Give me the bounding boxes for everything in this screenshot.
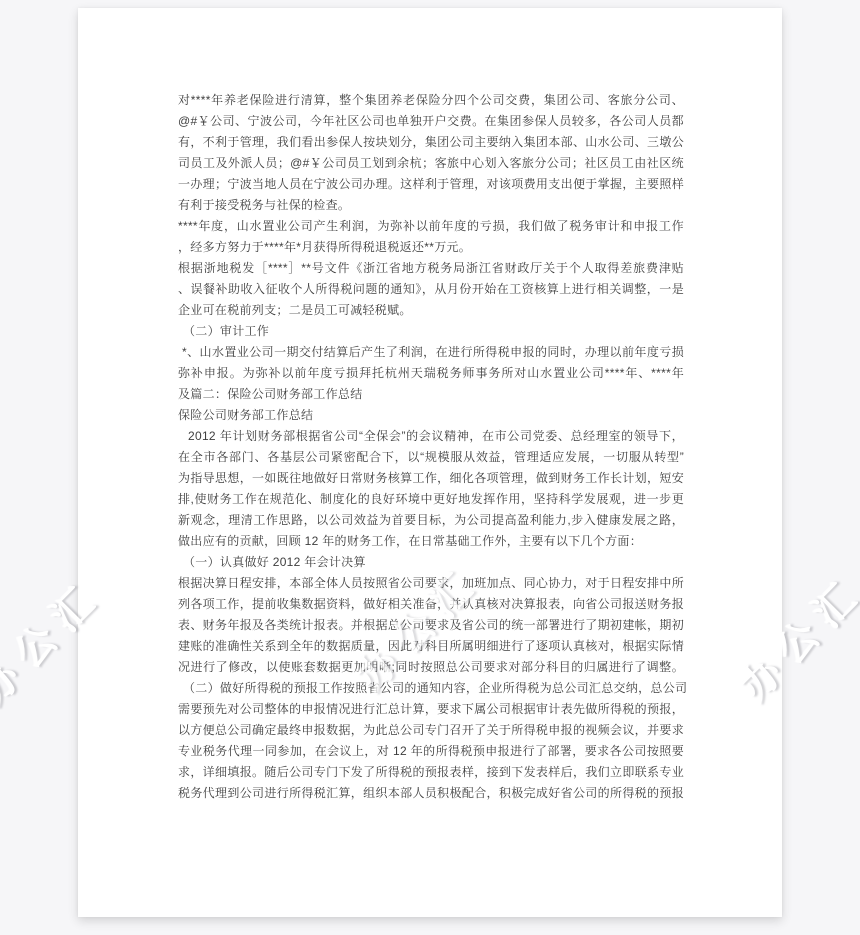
document-line: 一办理；宁波当地人员在宁波公司办理。这样利于管理，对该项费用支出便于掌握，主要照… — [178, 174, 684, 195]
document-line: 企业可在税前列支；二是员工可减轻税赋。 — [178, 300, 684, 321]
document-line: 求，详细填报。随后公司专门下发了所得税的预报表样，接到下发表样后，我们立即联系专… — [178, 762, 684, 783]
document-line: 在全市各部门、各基层公司紧密配合下，以“规模服从效益，管理适应发展，一切服从转型… — [178, 447, 684, 468]
document-line: ，经多方努力于****年*月获得所得税退税返还**万元。 — [178, 237, 684, 258]
document-page: 对****年养老保险进行清算，整个集团养老保险分四个公司交费，集团公司、客旅分公… — [78, 8, 782, 917]
document-line: 为指导思想，一如既往地做好日常财务核算工作，细化各项管理，做到财务工作长计划，短… — [178, 468, 684, 489]
document-line: @#￥公司、宁波公司，今年社区公司也单独开户交费。在集团参保人员较多，各公司人员… — [178, 111, 684, 132]
document-line: 做出应有的贡献，回顾 12 年的财务工作，在日常基础工作外，主要有以下几个方面： — [178, 531, 684, 552]
document-line: （二）审计工作 — [178, 321, 684, 342]
document-line: 税务代理到公司进行所得税汇算，组织本部人员积极配合，积极完成好省公司的所得税的预… — [178, 783, 684, 804]
document-line: 有，不利于管理，我们看出参保人按块划分，集团公司主要纳入集团本部、山水公司、三墩… — [178, 132, 684, 153]
document-body: 对****年养老保险进行清算，整个集团养老保险分四个公司交费，集团公司、客旅分公… — [178, 90, 684, 804]
document-line: 列各项工作，提前收集数据资料，做好相关准备，并认真核对决算报表，向省公司报送财务… — [178, 594, 684, 615]
document-line: 表、财务年报及各类统计报表。并根据总公司要求及省公司的统一部署进行了期初建帐，期… — [178, 615, 684, 636]
document-line: 司员工及外派人员；@#￥公司员工划到余杭；客旅中心划入客旅分公司；社区员工由社区… — [178, 153, 684, 174]
document-line: （二）做好所得税的预报工作按照省公司的通知内容，企业所得税为总公司汇总交纳，总公… — [178, 678, 684, 699]
document-line: 建账的准确性关系到全年的数据质量，因此对科目所属明细进行了逐项认真核对，根据实际… — [178, 636, 684, 657]
document-line: 及篇二：保险公司财务部工作总结 — [178, 384, 684, 405]
document-line: 排,使财务工作在规范化、制度化的良好环境中更好地发挥作用，坚持科学发展观，进一步… — [178, 489, 684, 510]
document-line: ****年度，山水置业公司产生利润，为弥补以前年度的亏损，我们做了税务审计和申报… — [178, 216, 684, 237]
document-line: *、山水置业公司一期交付结算后产生了利润，在进行所得税申报的同时，办理以前年度亏… — [178, 342, 684, 363]
document-line: 况进行了修改，以使账套数据更加明晰;同时按照总公司要求对部分科目的归属进行了调整… — [178, 657, 684, 678]
document-line: 、误餐补助收入征收个人所得税问题的通知》，从月份开始在工资核算上进行相关调整，一… — [178, 279, 684, 300]
document-line: 弥补申报。为弥补以前年度亏损拜托杭州天瑞税务师事务所对山水置业公司****年、*… — [178, 363, 684, 384]
document-line: 根据决算日程安排，本部全体人员按照省公司要求，加班加点、同心协力，对于日程安排中… — [178, 573, 684, 594]
document-line: 对****年养老保险进行清算，整个集团养老保险分四个公司交费，集团公司、客旅分公… — [178, 90, 684, 111]
document-line: 有利于接受税务与社保的检查。 — [178, 195, 684, 216]
document-viewer-background: 对****年养老保险进行清算，整个集团养老保险分四个公司交费，集团公司、客旅分公… — [0, 0, 860, 935]
document-line: 专业税务代理一同参加，在会议上，对 12 年的所得税预申报进行了部署，要求各公司… — [178, 741, 684, 762]
document-line: 需要预先对公司整体的申报情况进行汇总计算，要求下属公司根据审计表先做所得税的预报… — [178, 699, 684, 720]
document-line: 保险公司财务部工作总结 — [178, 405, 684, 426]
document-line: 以方便总公司确定最终申报数据，为此总公司专门召开了关于所得税申报的视频会议，并要… — [178, 720, 684, 741]
document-line: 根据浙地税发［****］**号文件《浙江省地方税务局浙江省财政厅关于个人取得差旅… — [178, 258, 684, 279]
document-line: 新观念，理清工作思路，以公司效益为首要目标，为公司提高盈利能力,步入健康发展之路… — [178, 510, 684, 531]
document-line: 2012 年计划财务部根据省公司“全保会”的会议精神，在市公司党委、总经理室的领… — [178, 426, 684, 447]
document-line: （一）认真做好 2012 年会计决算 — [178, 552, 684, 573]
